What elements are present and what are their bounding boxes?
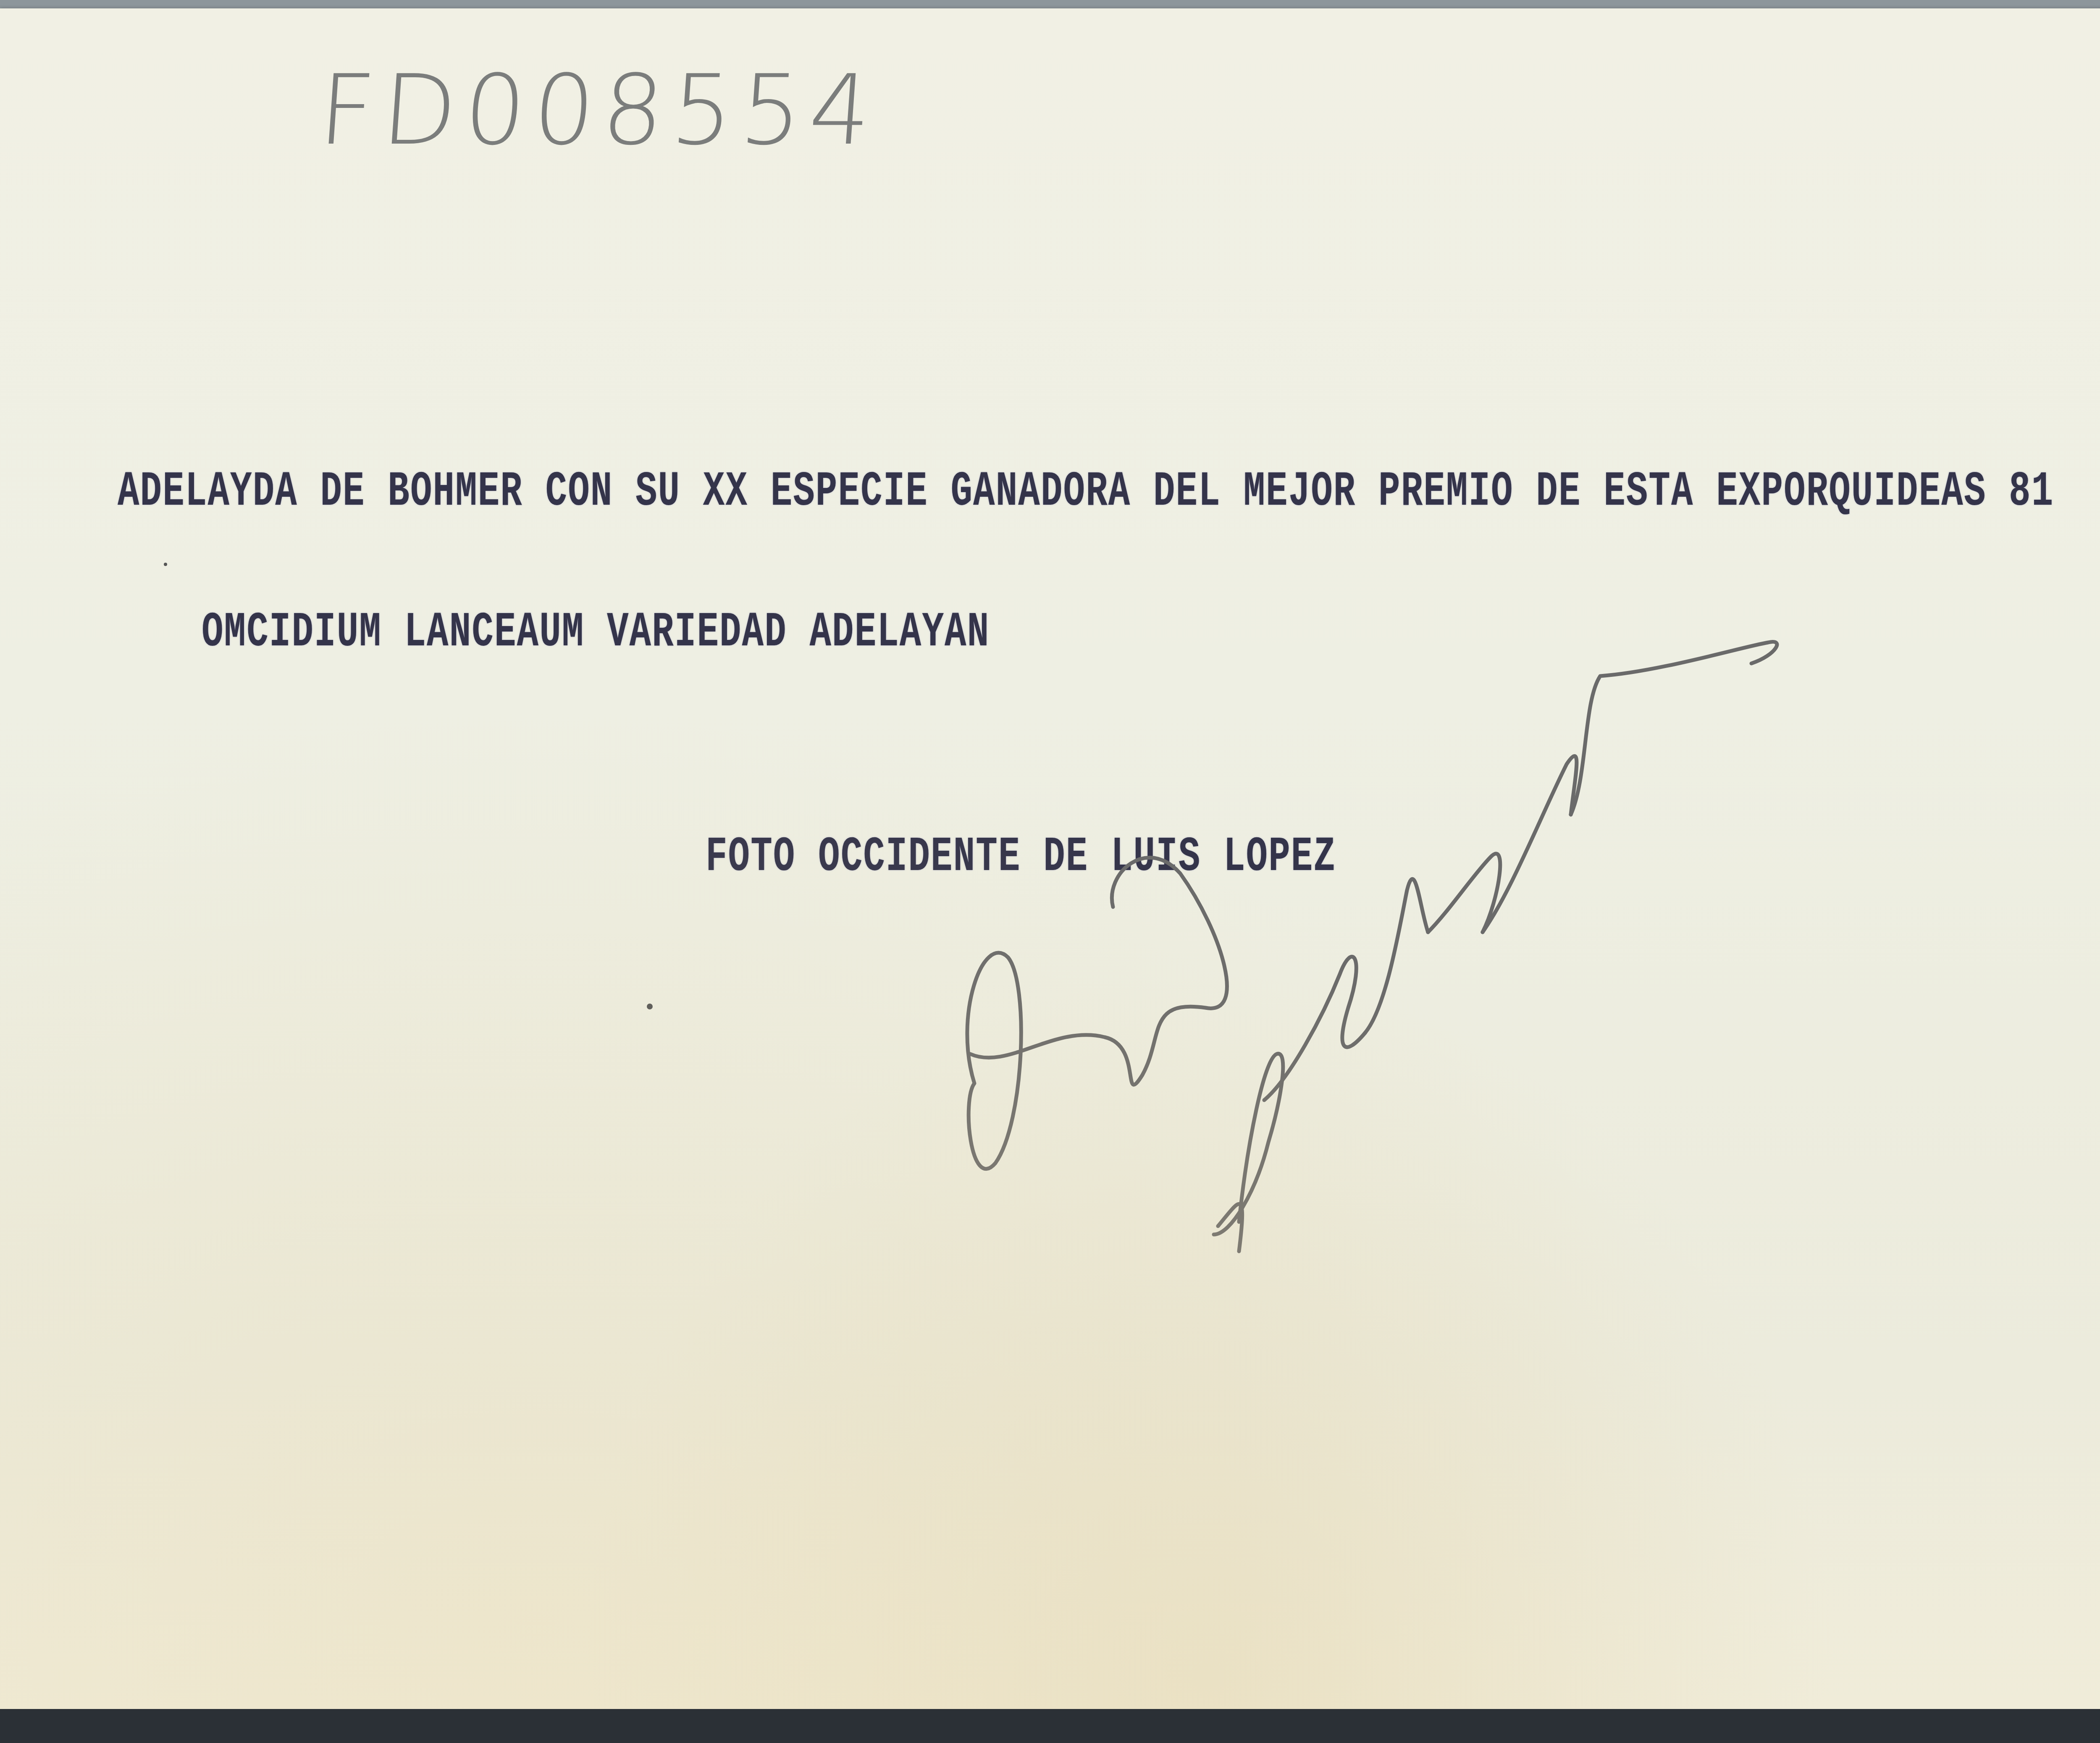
caption-line-2: OMCIDIUM LANCEAUM VARIEDAD ADELAYAN	[202, 605, 990, 660]
archive-id-pencil: FD008554	[315, 55, 882, 167]
caption-line-1: ADELAYDA DE BOHMER CON SU XX ESPECIE GAN…	[118, 464, 2054, 519]
photo-card-back: FD008554 667-21 ADELAYDA DE BOHMER CON S…	[0, 8, 2100, 1713]
paper-speck	[647, 1004, 653, 1009]
scanner-background	[0, 1709, 2100, 1743]
paper-speck	[164, 563, 167, 566]
signature-icon	[945, 638, 2100, 1520]
